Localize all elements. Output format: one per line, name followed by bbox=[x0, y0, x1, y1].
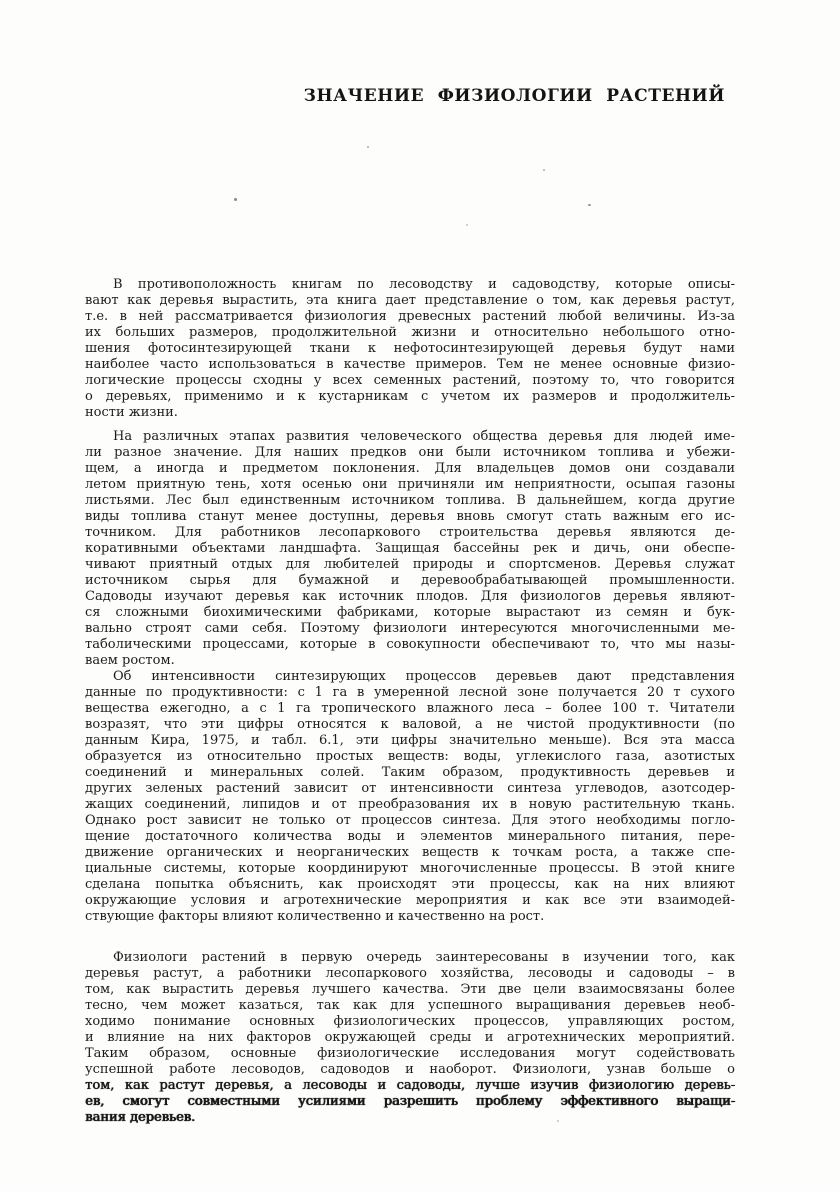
text-line: соединений и минеральных солей. Таким об… bbox=[85, 765, 735, 781]
text-line: окружающие условия и агротехнические мер… bbox=[85, 893, 735, 909]
text-line: Однако рост зависит не только от процесс… bbox=[85, 813, 735, 829]
text-line: ствующие факторы влияют количественно и … bbox=[85, 909, 735, 925]
text-line: коративными объектами ландшафта. Защищая… bbox=[85, 541, 735, 557]
text-line: жащих соединений, липидов и от преобразо… bbox=[85, 797, 735, 813]
paragraph-4: Физиологи растений в первую очередь заин… bbox=[85, 950, 735, 1126]
text-line: т.е. в ней рассматривается физиология др… bbox=[85, 309, 735, 325]
text-line: Таким образом, основные физиологические … bbox=[85, 1046, 735, 1062]
text-line: ся сложными биохимическими фабриками, ко… bbox=[85, 605, 735, 621]
text-line: виды топлива станут менее доступны, дере… bbox=[85, 509, 735, 525]
text-line: о деревьях, применимо и к кустарникам с … bbox=[85, 389, 735, 405]
text-line: вают как деревья вырастить, эта книга да… bbox=[85, 293, 735, 309]
text-line: щем, а иногда и предметом поклонения. Дл… bbox=[85, 461, 735, 477]
text-line: тесно, чем может казаться, так как для у… bbox=[85, 998, 735, 1014]
text-line: источником сырья для бумажной и деревооб… bbox=[85, 573, 735, 589]
text-line: образуется из относительно простых вещес… bbox=[85, 749, 735, 765]
text-line: логические процессы сходны у всех семенн… bbox=[85, 373, 735, 389]
text-line: ев, смогут совместными усилиями разрешит… bbox=[85, 1094, 735, 1110]
text-line: данным Кира, 1975, и табл. 6.1, эти цифр… bbox=[85, 733, 735, 749]
text-line: данные по продуктивности: с 1 га в умере… bbox=[85, 685, 735, 701]
scan-speck bbox=[234, 198, 237, 201]
text-line: Садоводы изучают деревья как источник пл… bbox=[85, 589, 735, 605]
scan-speck bbox=[466, 224, 468, 226]
text-line: ли разное значение. Для наших предков он… bbox=[85, 445, 735, 461]
text-line: других зеленых растений зависит от интен… bbox=[85, 781, 735, 797]
text-line: вания деревьев. bbox=[85, 1110, 735, 1126]
scan-speck bbox=[588, 204, 591, 206]
text-line: наиболее часто использоваться в качестве… bbox=[85, 357, 735, 373]
text-line: деревья растут, а работники лесопарковог… bbox=[85, 966, 735, 982]
text-line: летом приятную тень, хотя осенью они при… bbox=[85, 477, 735, 493]
text-line: том, как вырастить деревья лучшего качес… bbox=[85, 982, 735, 998]
text-line: вещества ежегодно, а с 1 га тропического… bbox=[85, 701, 735, 717]
text-line: ваем ростом. bbox=[85, 653, 735, 669]
text-line: Физиологи растений в первую очередь заин… bbox=[85, 950, 735, 966]
scan-speck bbox=[557, 1120, 559, 1122]
text-line: вально строят сами себя. Поэтому физиоло… bbox=[85, 621, 735, 637]
text-line: В противоположность книгам по лесоводств… bbox=[85, 277, 735, 293]
text-line: точником. Для работников лесопаркового с… bbox=[85, 525, 735, 541]
text-line: На различных этапах развития человеческо… bbox=[85, 429, 735, 445]
text-line: шения фотосинтезирующей ткани к нефотоси… bbox=[85, 341, 735, 357]
scanned-book-page: ЗНАЧЕНИЕ ФИЗИОЛОГИИ РАСТЕНИЙ В противопо… bbox=[0, 0, 840, 1191]
text-line: ходимо понимание основных физиологически… bbox=[85, 1014, 735, 1030]
paragraph-3: Об интенсивности синтезирующих процессов… bbox=[85, 669, 735, 925]
text-line: их больших размеров, продолжительной жиз… bbox=[85, 325, 735, 341]
scan-speck bbox=[367, 146, 369, 148]
text-line: сделана попытка объяснить, как происходя… bbox=[85, 877, 735, 893]
text-line: щение достаточного количества воды и эле… bbox=[85, 829, 735, 845]
page-title: ЗНАЧЕНИЕ ФИЗИОЛОГИИ РАСТЕНИЙ bbox=[85, 86, 725, 106]
paragraph-1: В противоположность книгам по лесоводств… bbox=[85, 277, 735, 421]
text-line: листьями. Лес был единственным источнико… bbox=[85, 493, 735, 509]
paragraph-2: На различных этапах развития человеческо… bbox=[85, 429, 735, 669]
text-line: таболическими процессами, которые в сово… bbox=[85, 637, 735, 653]
text-line: Об интенсивности синтезирующих процессов… bbox=[85, 669, 735, 685]
text-line: успешной работе лесоводов, садоводов и н… bbox=[85, 1062, 735, 1078]
text-line: ности жизни. bbox=[85, 405, 735, 421]
text-line: движение органических и неорганических в… bbox=[85, 845, 735, 861]
scan-speck bbox=[543, 169, 545, 171]
text-line: возразят, что эти цифры относятся к вало… bbox=[85, 717, 735, 733]
text-line: циальные системы, которые координируют м… bbox=[85, 861, 735, 877]
text-line: и влияние на них факторов окружающей сре… bbox=[85, 1030, 735, 1046]
text-line: том, как растут деревья, а лесоводы и са… bbox=[85, 1078, 735, 1094]
text-line: чивают приятный отдых для любителей прир… bbox=[85, 557, 735, 573]
